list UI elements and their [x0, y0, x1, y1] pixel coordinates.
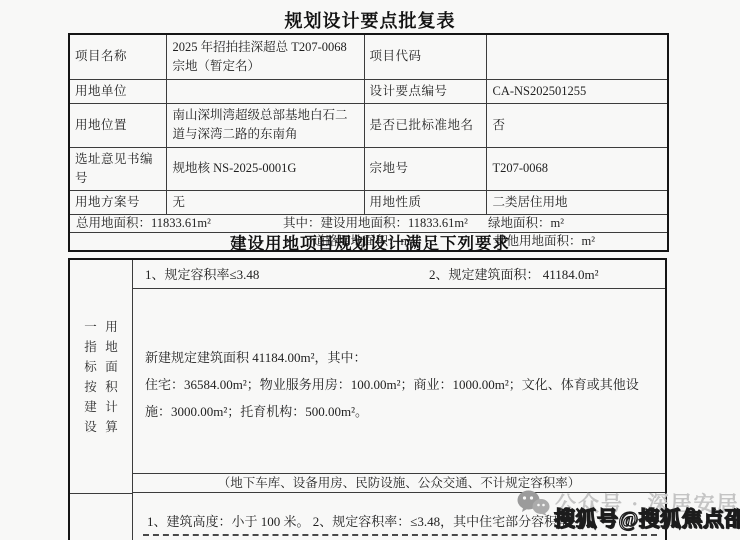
field-label: 宗地号 — [364, 147, 486, 190]
field-value: 无 — [166, 190, 364, 214]
field-value: 二类居住用地 — [486, 190, 668, 214]
field-value: 2025 年招拍挂深超总 T207-0068 宗地（暂定名） — [166, 34, 364, 79]
field-label: 用地位置 — [69, 103, 166, 147]
table-row: 项目名称 2025 年招拍挂深超总 T207-0068 宗地（暂定名） 项目代码 — [69, 34, 668, 79]
field-label: 用地单位 — [69, 79, 166, 103]
field-label: 是否已批标准地名 — [364, 103, 486, 147]
side-header-cell-empty — [70, 494, 132, 540]
far-and-gfa-row: 1、规定容积率≤3.48 2、规定建筑面积： 41184.0m² — [133, 260, 665, 289]
gfa-breakdown-cell: 新建规定建筑面积 41184.00m²，其中： 住宅：36584.00m²；物业… — [133, 289, 665, 474]
field-label: 用地方案号 — [69, 190, 166, 214]
table-row: 用地单位 设计要点编号 CA-NS202501255 — [69, 79, 668, 103]
table-row: 用地方案号 无 用地性质 二类居住用地 — [69, 190, 668, 214]
field-value: 否 — [486, 103, 668, 147]
gfa-breakdown-line: 新建规定建筑面积 41184.00m²，其中： — [145, 344, 655, 371]
field-value: CA-NS202501255 — [486, 79, 668, 103]
sohu-watermark: 搜狐号@搜狐焦点邵阳站 — [554, 503, 740, 533]
land-info-table: 项目名称 2025 年招拍挂深超总 T207-0068 宗地（暂定名） 项目代码… — [68, 33, 669, 252]
document-title: 规划设计要点批复表 — [0, 7, 740, 33]
wechat-icon — [516, 489, 550, 517]
field-value: T207-0068 — [486, 147, 668, 190]
gfa-breakdown-line: 住宅：36584.00m²；物业服务用房：100.00m²；商业：1000.00… — [145, 371, 655, 425]
field-label: 选址意见书编号 — [69, 147, 166, 190]
table-row: 用地位置 南山深圳湾超级总部基地白石二道与深湾二路的东南角 是否已批标准地名 否 — [69, 103, 668, 147]
approval-document: 规划设计要点批复表 项目名称 2025 年招拍挂深超总 T207-0068 宗地… — [0, 0, 740, 540]
side-header-cell: 一指标按建设 用地面积计算 — [70, 260, 132, 494]
section-title: 建设用地项目规划设计满足下列要求 — [0, 230, 740, 254]
building-area-rule: 2、规定建筑面积： 41184.0m² — [429, 264, 599, 283]
construction-land-area: 其中：建设用地面积：11833.61m² — [283, 215, 468, 232]
field-value: 规地核 NS-2025-0001G — [166, 147, 364, 190]
green-land-area: 绿地面积：m² — [488, 215, 564, 232]
field-value: 南山深圳湾超级总部基地白石二道与深湾二路的东南角 — [166, 103, 364, 147]
height-far-text: 1、建筑高度：小于 100 米。 2、规定容积率：≤3.48，其中住宅部分容积率 — [147, 514, 570, 529]
field-label: 项目代码 — [364, 34, 486, 79]
total-land-area: 总用地面积：11833.61m² — [76, 215, 211, 232]
field-value — [166, 79, 364, 103]
field-label: 设计要点编号 — [364, 79, 486, 103]
field-label: 项目名称 — [69, 34, 166, 79]
side-header-column: 一指标按建设 用地面积计算 — [70, 260, 133, 540]
vertical-header-text: 一指标按建设 — [83, 317, 99, 437]
dashed-divider — [143, 534, 657, 536]
table-row: 选址意见书编号 规地核 NS-2025-0001G 宗地号 T207-0068 — [69, 147, 668, 190]
vertical-header-text: 用地面积计算 — [104, 317, 120, 437]
field-value — [486, 34, 668, 79]
field-label: 用地性质 — [364, 190, 486, 214]
plot-ratio-rule: 1、规定容积率≤3.48 — [145, 264, 259, 283]
